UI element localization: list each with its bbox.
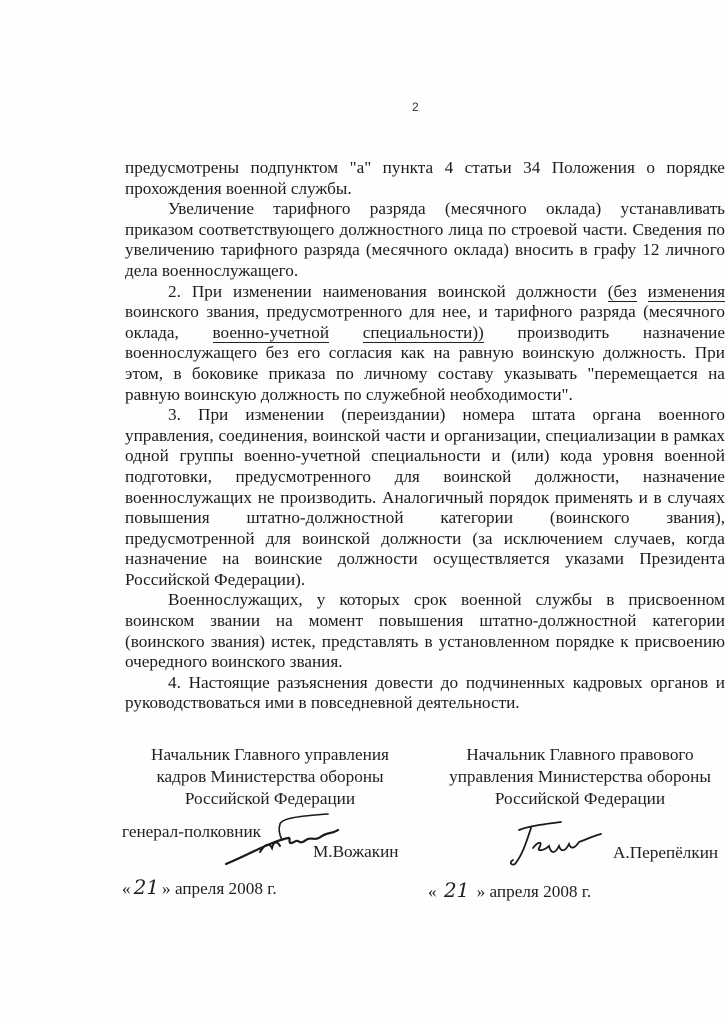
word: организации, <box>444 426 541 447</box>
text-line: Увеличениетарифногоразряда(месячногоокла… <box>125 199 725 220</box>
word: прохождения <box>125 179 222 200</box>
word: по <box>344 385 362 406</box>
text-line: предусмотреннойдлявоинскойдолжности(заис… <box>125 529 725 550</box>
text-line: однойгруппывоенно-учетнойспециальностии(… <box>125 446 725 467</box>
word: которых <box>339 590 399 611</box>
word: указывать <box>504 364 577 385</box>
word: рамках <box>674 426 725 447</box>
word: лица <box>449 220 484 241</box>
word: военной <box>226 179 287 200</box>
signatory-right-title-line: Российской Федерации <box>435 788 725 810</box>
word: соединения, <box>218 426 307 447</box>
word: штатно-должностной <box>246 508 403 529</box>
word: статьи <box>465 158 512 179</box>
word: оклада) <box>454 240 509 261</box>
date-day-handwritten: 21 <box>134 875 159 899</box>
document-page: 2 предусмотреныподпунктом"а"пункта4стать… <box>0 0 725 1024</box>
word: (воинского <box>550 508 630 529</box>
word: случаях <box>667 488 725 509</box>
word: "перемещается <box>587 364 697 385</box>
word: части <box>385 426 426 447</box>
word: к <box>620 632 628 653</box>
word: в <box>173 364 181 385</box>
text-line: управления,соединения,воинскойчастииорга… <box>125 426 725 447</box>
word: равную <box>125 385 180 406</box>
signatory-right-title-line: управления Министерства обороны <box>435 766 725 788</box>
word: этом, <box>125 364 163 385</box>
word: очередного <box>125 652 207 673</box>
document-body: предусмотреныподпунктом"а"пункта4статьи3… <box>125 158 725 714</box>
word: представлять <box>322 632 419 653</box>
word: звания), <box>666 508 725 529</box>
word: воинского <box>211 652 285 673</box>
word: Аналогичный <box>382 488 483 509</box>
word: по <box>707 220 725 241</box>
word: воинские <box>255 549 323 570</box>
word: назначение <box>125 549 207 570</box>
word: При <box>192 282 222 303</box>
word: Положения <box>552 158 635 179</box>
word: изменении <box>233 282 312 303</box>
signatory-right-date: « 21 » апреля 2008 г. <box>428 878 591 902</box>
text-line: (воинскогозвания)истек,представлятьвуста… <box>125 632 725 653</box>
word: 34 <box>523 158 540 179</box>
word: в <box>424 632 432 653</box>
word: военно-учетной <box>244 446 361 467</box>
text-line: приказомсоответствующегодолжностноголица… <box>125 220 725 241</box>
word: военной <box>461 590 522 611</box>
text-line: делавоеннослужащего. <box>125 261 725 282</box>
word: (или) <box>511 446 549 467</box>
word: увеличению <box>125 240 215 261</box>
word: когда <box>686 529 725 550</box>
word: срок <box>414 590 447 611</box>
text-line: Военнослужащих,укоторыхсроквоеннойслужбы… <box>125 590 725 611</box>
word: части. <box>582 220 627 241</box>
word: 12 <box>642 240 659 261</box>
word: 4. <box>168 673 181 694</box>
word: разряда <box>580 302 636 323</box>
word: без <box>266 343 289 364</box>
word: о <box>646 158 655 179</box>
word: должностного <box>339 220 443 241</box>
word: Военнослужащих, <box>168 590 303 611</box>
word: Настоящие <box>189 673 270 694</box>
word: воинской <box>443 467 511 488</box>
word: для <box>410 302 435 323</box>
word: по <box>336 364 354 385</box>
signatory-left-title: Начальник Главного управления кадров Мин… <box>125 744 415 810</box>
word: осуществляется <box>433 549 550 570</box>
word: военного <box>658 405 725 426</box>
word: воинскую <box>522 343 594 364</box>
word: изменении <box>245 405 324 426</box>
word: (за <box>472 529 492 550</box>
word: в <box>580 240 588 261</box>
text-line: воинскогозвания,предусмотренногодлянее,и… <box>125 302 725 323</box>
date-rest: » апреля 2008 г. <box>472 882 591 901</box>
text-line: подготовки,предусмотренногодлявоинскойдо… <box>125 467 725 488</box>
word: личного <box>666 240 725 261</box>
word: повышения <box>379 611 464 632</box>
date-day-handwritten: 21 <box>444 878 469 902</box>
word: служебной <box>366 385 446 406</box>
word: военнослужащего <box>125 343 257 364</box>
word: предусмотренного <box>267 302 403 323</box>
word: должности <box>381 529 461 550</box>
word: личному <box>364 364 427 385</box>
word: случаев, <box>614 529 675 550</box>
word: назначение <box>643 323 725 344</box>
word: в <box>661 426 669 447</box>
word: разряда <box>304 240 360 261</box>
word: назначение <box>643 467 725 488</box>
word: и <box>716 673 725 694</box>
word: для <box>266 529 291 550</box>
word: деятельности. <box>417 693 520 714</box>
word: установленном <box>439 632 550 653</box>
word: должность. <box>603 343 686 364</box>
word: пункта <box>383 158 433 179</box>
word: При <box>695 343 725 364</box>
word: порядок <box>489 488 549 509</box>
word: специальности <box>371 446 481 467</box>
word: руководствоваться <box>125 693 261 714</box>
word: тарифного <box>221 240 298 261</box>
word: органов <box>650 673 708 694</box>
word: оклада) <box>546 199 601 220</box>
word: повседневной <box>311 693 413 714</box>
word: 4 <box>445 158 454 179</box>
word: должности <box>517 282 597 303</box>
word: вносить <box>515 240 574 261</box>
word: военнослужащего. <box>162 261 298 282</box>
word: равную <box>459 343 514 364</box>
text-line: военнослужащегобезегосогласиякакнаравную… <box>125 343 725 364</box>
word: до <box>441 673 458 694</box>
word: наименования <box>323 282 427 303</box>
date-rest: » апреля 2008 г. <box>162 879 277 898</box>
date-open-quote: « <box>122 879 131 898</box>
word: порядке <box>556 632 615 653</box>
word: звания. <box>290 652 343 673</box>
word: в <box>298 693 306 714</box>
word: номера <box>462 405 514 426</box>
word: штатно-должностной <box>479 611 636 632</box>
word: (месячного <box>366 240 448 261</box>
word: (переиздании) <box>341 405 445 426</box>
word: и <box>491 446 500 467</box>
text-line: 4.Настоящиеразъяснениядовестидоподчиненн… <box>125 673 725 694</box>
word: на <box>708 364 725 385</box>
word: звании <box>210 611 260 632</box>
word: разъяснения <box>277 673 367 694</box>
word: на <box>276 611 293 632</box>
word: графу <box>594 240 637 261</box>
word: подчиненных <box>466 673 565 694</box>
date-open-quote: « <box>428 882 441 901</box>
signatory-left-title-line: Российской Федерации <box>125 788 415 810</box>
word: тарифного <box>495 302 572 323</box>
word: оклада, <box>125 323 179 344</box>
word: в <box>606 590 614 611</box>
word: составу <box>438 364 494 385</box>
word: и <box>639 488 648 509</box>
word: и <box>478 302 487 323</box>
word: воинского <box>125 302 199 323</box>
word: управления, <box>125 426 214 447</box>
word: на <box>222 549 239 570</box>
signatory-left-title-line: Начальник Главного управления <box>125 744 415 766</box>
word: боковике <box>192 364 258 385</box>
signatory-left-title-line: кадров Министерства обороны <box>125 766 415 788</box>
word: необходимости". <box>450 385 573 406</box>
word: Президента <box>639 549 725 570</box>
word: предусмотренного <box>235 467 371 488</box>
signatory-left-name: М.Вожакин <box>313 842 398 862</box>
word: подпунктом <box>251 158 339 179</box>
word: звания, <box>206 302 259 323</box>
word: строевой <box>511 220 577 241</box>
word: категории <box>440 508 513 529</box>
word: кадровых <box>573 673 643 694</box>
word: ими <box>265 693 294 714</box>
word: (воинского <box>125 632 205 653</box>
word: специализации <box>546 426 656 447</box>
word: При <box>198 405 228 426</box>
word: (без <box>608 282 637 303</box>
word: военнослужащих <box>125 488 252 509</box>
signature-right-handwritten <box>505 820 605 870</box>
word: воинской <box>302 529 370 550</box>
word: производить. <box>280 488 376 509</box>
word: кода <box>560 446 592 467</box>
word: службы <box>536 590 593 611</box>
word: указами <box>565 549 624 570</box>
word: приказа <box>269 364 326 385</box>
word: подготовки, <box>125 467 212 488</box>
text-line: очередноговоинскогозвания. <box>125 652 725 673</box>
signatory-right-name: А.Перепёлкин <box>613 843 718 863</box>
word: нее, <box>442 302 471 323</box>
word: 3. <box>168 405 181 426</box>
word: разряда <box>370 199 426 220</box>
word: должность <box>261 385 340 406</box>
word: воинской <box>438 282 506 303</box>
word: уровня <box>603 446 654 467</box>
word: одной <box>125 446 169 467</box>
page-number: 2 <box>412 100 419 114</box>
word: предусмотренной <box>125 529 255 550</box>
word: "а" <box>350 158 372 179</box>
word: штата <box>532 405 576 426</box>
word: (месячного <box>445 199 527 220</box>
word: присвоению <box>635 632 725 653</box>
word: группы <box>179 446 233 467</box>
word: применять <box>555 488 633 509</box>
text-line: этом,вбоковикеприказаполичномусоставуука… <box>125 364 725 385</box>
word: категории <box>652 611 725 632</box>
word: специальности)) <box>363 323 484 344</box>
word: довести <box>375 673 433 694</box>
word: изменения <box>648 282 725 303</box>
word: военной <box>664 446 725 467</box>
word: как <box>401 343 425 364</box>
signatory-right-title: Начальник Главного правового управления … <box>435 744 725 810</box>
word: воинской <box>312 426 380 447</box>
word: на <box>433 343 450 364</box>
text-line: увеличениютарифногоразряда(месячногоокла… <box>125 240 725 261</box>
word: должности <box>338 549 418 570</box>
word: воинском <box>125 611 194 632</box>
text-line: равнуювоинскуюдолжностьпослужебнойнеобхо… <box>125 385 725 406</box>
word: исключением <box>504 529 603 550</box>
word: для <box>395 467 420 488</box>
word: Федерации). <box>214 570 305 591</box>
word: в <box>654 488 662 509</box>
word: по <box>488 220 506 241</box>
text-line: назначениенавоинскиедолжностиосуществляе… <box>125 549 725 570</box>
word: момент <box>309 611 363 632</box>
word: 2. <box>168 282 181 303</box>
text-line: прохождениявоеннойслужбы. <box>125 179 725 200</box>
text-line: предусмотреныподпунктом"а"пункта4статьи3… <box>125 158 725 179</box>
word: дела <box>125 261 158 282</box>
word: истек, <box>271 632 316 653</box>
text-line: 2.Приизменениинаименованиявоинскойдолжно… <box>125 282 725 303</box>
word: Сведения <box>633 220 703 241</box>
word: порядке <box>666 158 725 179</box>
word: звания) <box>211 632 265 653</box>
signatory-left-date: «21» апреля 2008 г. <box>122 875 277 899</box>
word: производить <box>517 323 609 344</box>
word: и <box>430 426 439 447</box>
word: соответствующего <box>199 220 335 241</box>
word: у <box>317 590 326 611</box>
word: согласия <box>329 343 392 364</box>
word: не <box>258 488 275 509</box>
word: тарифного <box>273 199 350 220</box>
word: Увеличение <box>168 199 254 220</box>
word: его <box>297 343 320 364</box>
word: предусмотрены <box>125 158 239 179</box>
text-line: повышенияштатно-должностнойкатегории(вои… <box>125 508 725 529</box>
text-line: 3.Приизменении(переиздании)номераштатаор… <box>125 405 725 426</box>
word: органа <box>592 405 641 426</box>
text-line: РоссийскойФедерации). <box>125 570 725 591</box>
word: воинскую <box>184 385 256 406</box>
word: должности, <box>535 467 619 488</box>
word: приказом <box>125 220 194 241</box>
word: Российской <box>125 570 210 591</box>
text-line: военнослужащихнепроизводить.Аналогичныйп… <box>125 488 725 509</box>
word: присвоенном <box>628 590 725 611</box>
word: повышения <box>125 508 210 529</box>
word: службы. <box>291 179 352 200</box>
signatory-right-title-line: Начальник Главного правового <box>435 744 725 766</box>
text-line: воинскомзваниинамоментповышенияштатно-до… <box>125 611 725 632</box>
word: устанавливать <box>620 199 724 220</box>
word: военно-учетной <box>213 323 330 344</box>
text-line: оклада,военно-учетнойспециальности))прои… <box>125 323 725 344</box>
word: (месячного <box>643 302 725 323</box>
text-line: руководствоватьсяимивповседневнойдеятель… <box>125 693 725 714</box>
